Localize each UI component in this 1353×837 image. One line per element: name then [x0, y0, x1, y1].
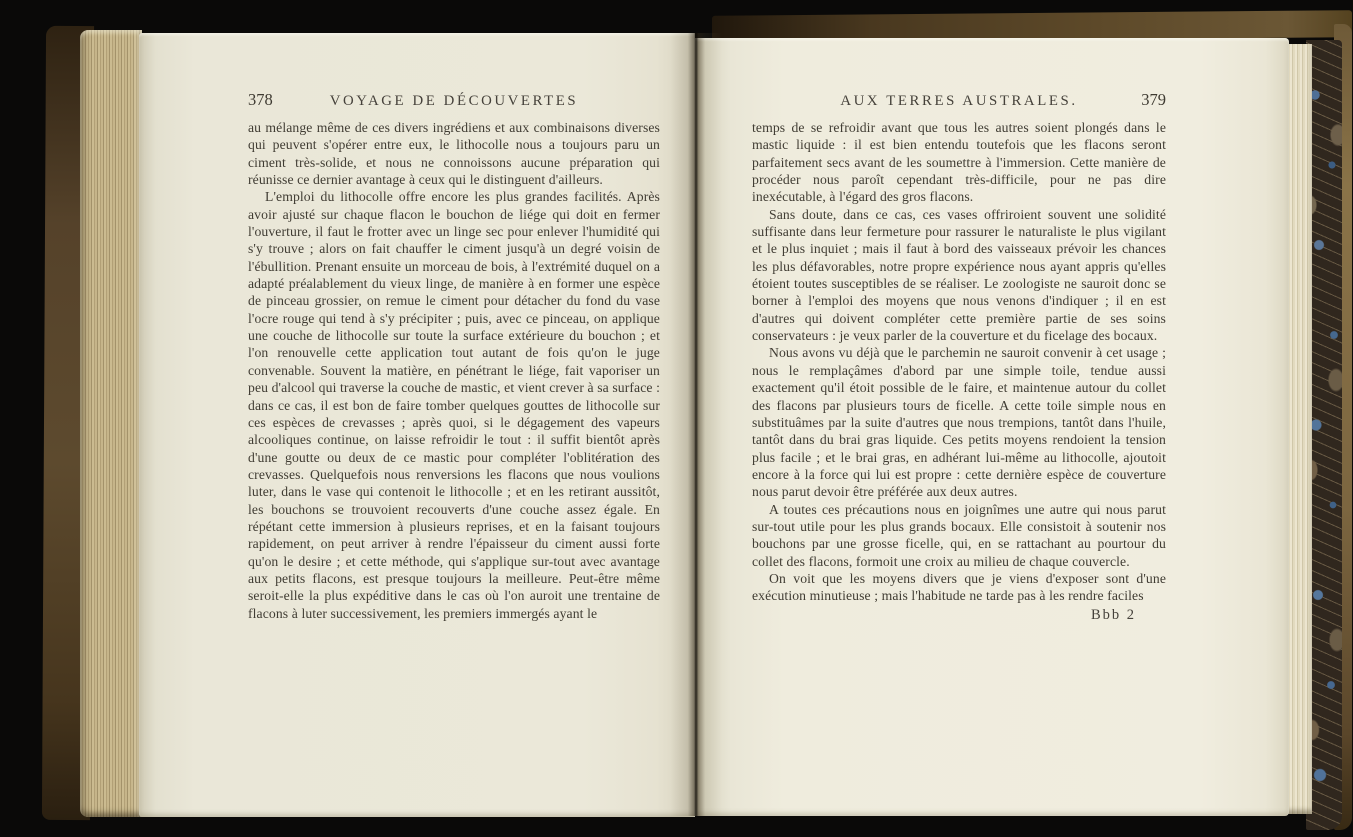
paragraph: L'emploi du lithocolle offre encore les … [248, 188, 660, 622]
paragraph: temps de se refroidir avant que tous les… [752, 119, 1166, 206]
right-running-head: AUX TERRES AUSTRALES. 379 [752, 90, 1166, 110]
left-page-number: 378 [248, 90, 310, 110]
right-page-fore-edge [1285, 44, 1312, 814]
left-page-text: 378 VOYAGE DE DÉCOUVERTES au mélange mêm… [248, 90, 660, 622]
left-running-head: 378 VOYAGE DE DÉCOUVERTES [248, 90, 660, 110]
left-page-body: au mélange même de ces divers ingrédiens… [248, 119, 660, 622]
right-page-number: 379 [1104, 90, 1166, 110]
paragraph: Nous avons vu déjà que le parchemin ne s… [752, 344, 1166, 500]
paragraph: On voit que les moyens divers que je vie… [752, 570, 1166, 605]
right-running-header-title: AUX TERRES AUSTRALES. [814, 93, 1104, 110]
paragraph: Sans doute, dans ce cas, ces vases offri… [752, 206, 1166, 345]
paragraph: au mélange même de ces divers ingrédiens… [248, 119, 660, 188]
book-photo: 378 VOYAGE DE DÉCOUVERTES au mélange mêm… [0, 0, 1353, 837]
left-running-header-title: VOYAGE DE DÉCOUVERTES [310, 93, 598, 110]
left-page-fore-edge [80, 30, 142, 817]
signature-mark: Bbb 2 [752, 607, 1166, 624]
right-page-body: temps de se refroidir avant que tous les… [752, 119, 1166, 605]
paragraph: A toutes ces précautions nous en joignîm… [752, 501, 1166, 570]
right-page-text: AUX TERRES AUSTRALES. 379 temps de se re… [752, 90, 1166, 624]
